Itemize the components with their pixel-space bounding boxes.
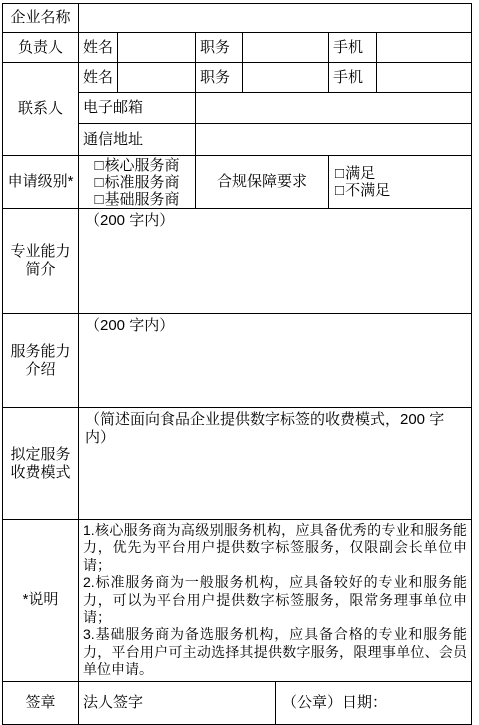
principal-position-input-cell[interactable] <box>243 33 329 63</box>
principal-label: 负责人 <box>3 33 79 63</box>
principal-mobile-input-cell[interactable] <box>377 33 472 63</box>
checkbox-icon: □ <box>335 165 344 182</box>
row-professional-ability: 专业能力简介 （200 字内） <box>3 209 472 314</box>
checkbox-icon: □ <box>335 182 344 199</box>
professional-ability-label: 专业能力简介 <box>3 209 79 314</box>
checkbox-icon: □ <box>94 157 103 174</box>
notes-text-cell: 1.核心服务商为高级别服务机构，应具备优秀的专业和服务能力，优先为平台用户提供数… <box>79 520 472 682</box>
pricing-model-label: 拟定服务收费模式 <box>3 408 79 520</box>
checkbox-satisfied-label: 满足 <box>345 165 375 182</box>
level-options-group: □核心服务商 □标准服务商 □基础服务商 <box>94 157 179 208</box>
checkbox-not-satisfied-label: 不满足 <box>345 182 390 199</box>
contact-mobile-label: 手机 <box>329 63 377 93</box>
legal-person-signature-cell[interactable]: 法人签字 <box>79 681 276 724</box>
service-ability-label: 服务能力介绍 <box>3 314 79 408</box>
pricing-model-hint: （简述面向食品企业提供数字标签的收费模式，200 字内） <box>85 411 444 446</box>
contact-email-label: 电子邮箱 <box>79 93 196 124</box>
checkbox-icon: □ <box>94 191 103 208</box>
contact-email-input-cell[interactable] <box>196 93 472 124</box>
notes-item-2: 2.标准服务商为一般服务机构，应具备较好的专业和服务能力，可以为平台用户提供数字… <box>83 574 467 626</box>
contact-address-input-cell[interactable] <box>196 124 472 156</box>
principal-name-label: 姓名 <box>79 33 118 63</box>
company-name-input-cell[interactable] <box>79 4 472 33</box>
pricing-model-input-cell[interactable]: （简述面向食品企业提供数字标签的收费模式，200 字内） <box>79 408 472 520</box>
checkbox-core-provider-label: 核心服务商 <box>105 157 180 174</box>
checkbox-core-provider[interactable]: □核心服务商 <box>94 157 179 174</box>
notes-label: *说明 <box>3 520 79 682</box>
application-level-options-cell: □核心服务商 □标准服务商 □基础服务商 <box>79 156 196 209</box>
professional-ability-input-cell[interactable]: （200 字内） <box>79 209 472 314</box>
checkbox-basic-provider-label: 基础服务商 <box>105 191 180 208</box>
principal-name-input-cell[interactable] <box>118 33 196 63</box>
checkbox-basic-provider[interactable]: □基础服务商 <box>94 191 179 208</box>
row-service-ability: 服务能力介绍 （200 字内） <box>3 314 472 408</box>
professional-ability-hint: （200 字内） <box>85 212 174 229</box>
contact-address-label: 通信地址 <box>79 124 196 156</box>
contact-name-label: 姓名 <box>79 63 118 93</box>
checkbox-standard-provider-label: 标准服务商 <box>105 174 180 191</box>
checkbox-icon: □ <box>94 174 103 191</box>
company-name-label: 企业名称 <box>3 4 79 33</box>
contact-name-input-cell[interactable] <box>118 63 196 93</box>
row-principal: 负责人 姓名 职务 手机 <box>3 33 472 63</box>
compliance-requirement-label: 合规保障要求 <box>196 156 329 209</box>
row-contact-name: 联系人 姓名 职务 手机 <box>3 63 472 93</box>
contact-mobile-input-cell[interactable] <box>377 63 472 93</box>
compliance-options-cell: □满足 □不满足 <box>329 156 472 209</box>
signature-label: 签章 <box>3 681 79 724</box>
notes-item-1: 1.核心服务商为高级别服务机构，应具备优秀的专业和服务能力，优先为平台用户提供数… <box>83 522 467 574</box>
row-application-level: 申请级别* □核心服务商 □标准服务商 □基础服务商 合规保障要求 □满足 □不… <box>3 156 472 209</box>
service-ability-hint: （200 字内） <box>85 317 174 334</box>
notes-item-3: 3.基础服务商为备选服务机构，应具备合格的专业和服务能力，平台用户可主动选择其提… <box>83 626 467 678</box>
row-pricing-model: 拟定服务收费模式 （简述面向食品企业提供数字标签的收费模式，200 字内） <box>3 408 472 520</box>
checkbox-satisfied[interactable]: □满足 <box>335 165 471 182</box>
principal-mobile-label: 手机 <box>329 33 377 63</box>
row-notes: *说明 1.核心服务商为高级别服务机构，应具备优秀的专业和服务能力，优先为平台用… <box>3 520 472 682</box>
contact-position-input-cell[interactable] <box>243 63 329 93</box>
row-signature: 签章 法人签字 （公章）日期： <box>3 681 472 724</box>
service-provider-application-form: 企业名称 负责人 姓名 职务 手机 联系人 姓名 职务 手机 电子邮箱 通信地址… <box>2 3 472 725</box>
checkbox-standard-provider[interactable]: □标准服务商 <box>94 174 179 191</box>
contact-position-label: 职务 <box>196 63 243 93</box>
checkbox-not-satisfied[interactable]: □不满足 <box>335 182 471 199</box>
contact-label: 联系人 <box>3 63 79 156</box>
seal-date-cell[interactable]: （公章）日期： <box>276 681 472 724</box>
row-company-name: 企业名称 <box>3 4 472 33</box>
principal-position-label: 职务 <box>196 33 243 63</box>
application-level-label: 申请级别* <box>3 156 79 209</box>
service-ability-input-cell[interactable]: （200 字内） <box>79 314 472 408</box>
